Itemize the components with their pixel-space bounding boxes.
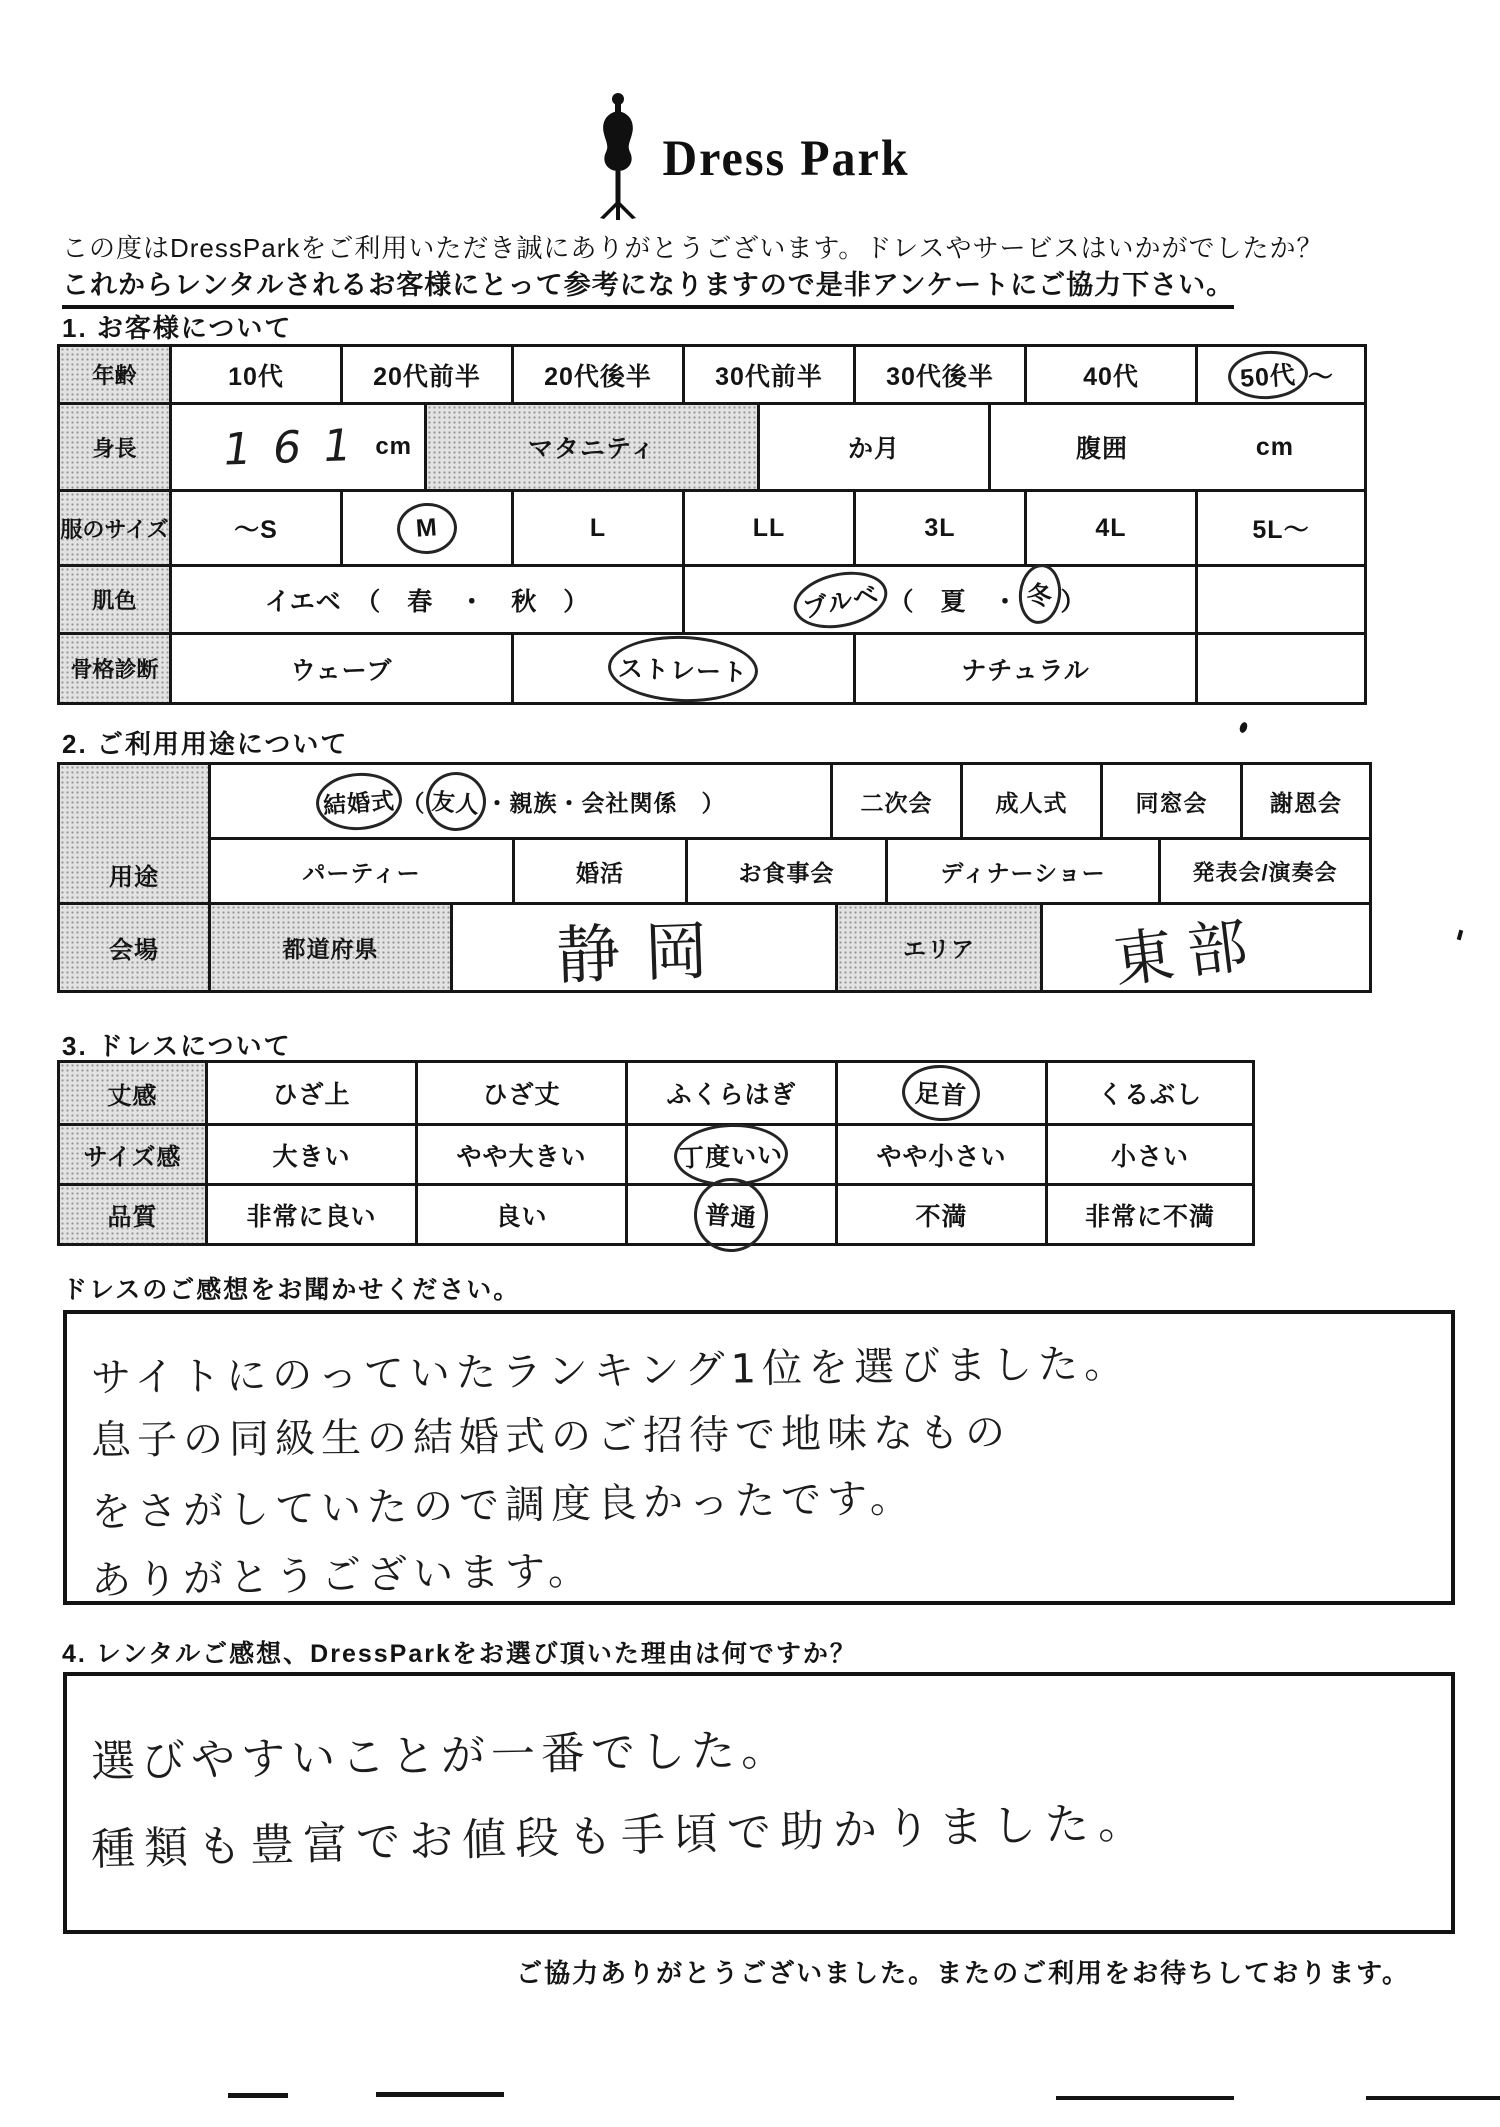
purpose-header: 用途 [60, 765, 211, 902]
dress-form-icon [590, 92, 646, 225]
dress-table: 丈感 ひざ上 ひざ丈 ふくらはぎ 足首 くるぶし サイズ感 大きい やや大きい … [57, 1060, 1255, 1246]
age-option: 40代 [1027, 347, 1198, 402]
skin-row-header: 肌色 [60, 567, 172, 632]
age-option-selected: 50代～ [1198, 347, 1364, 402]
scan-artifact [1056, 2096, 1234, 2100]
intro-line-2: これからレンタルされるお客様にとって参考になりますので是非アンケートにご協力下さ… [62, 263, 1234, 309]
fit-row: サイズ感 大きい やや大きい 丁度いい やや小さい 小さい [60, 1126, 1252, 1186]
length-row-header: 丈感 [60, 1063, 208, 1123]
handwritten-prefecture: 静岡 [554, 898, 733, 996]
height-value-cell: 161 cm [172, 405, 427, 489]
waist-label: 腹囲 [1076, 429, 1128, 465]
purpose-option: 発表会/演奏会 [1161, 840, 1369, 902]
months-cell: か月 [760, 405, 991, 489]
length-option: ひざ丈 [418, 1063, 628, 1123]
feedback-box: サイトにのっていたランキング1位を選びました。 息子の同級生の結婚式のご招待で地… [63, 1310, 1455, 1605]
quality-option: 良い [418, 1186, 628, 1243]
area-label: エリア [838, 905, 1043, 990]
venue-header: 会場 [60, 905, 211, 990]
footer-thanks: ご協力ありがとうございました。またのご利用をお待ちしております。 [516, 1953, 1410, 1990]
paren-open: （ [402, 785, 426, 818]
scan-artifact [376, 2092, 504, 2097]
length-option: ひざ上 [208, 1063, 418, 1123]
maternity-cell: マタニティ [427, 405, 760, 489]
age-option-label: 50代 [1239, 361, 1297, 393]
height-row-header: 身長 [60, 405, 172, 489]
circle-annotation: 普通 [692, 1175, 771, 1254]
purpose-option: 婚活 [515, 840, 688, 902]
size-option: L [514, 492, 685, 564]
size-option: LL [685, 492, 856, 564]
size-row: 服のサイズ ～S M L LL 3L 4L 5L～ [60, 492, 1364, 567]
circle-annotation: 結婚式 [314, 770, 404, 833]
size-row-header: 服のサイズ [60, 492, 172, 564]
frame-option: ナチュラル [856, 635, 1198, 702]
frame-option-label: ストレート [618, 654, 749, 687]
purpose-option: パーティー [211, 840, 515, 902]
skin-option-yellow: イエベ （ 春 ・ 秋 ） [172, 567, 685, 632]
fit-option: 小さい [1048, 1126, 1252, 1183]
frame-row-header: 骨格診断 [60, 635, 172, 702]
quality-option: 非常に不満 [1048, 1186, 1252, 1243]
fit-option: やや大きい [418, 1126, 628, 1183]
area-value-cell: 東部 [1043, 905, 1369, 990]
size-option-selected: M [343, 492, 514, 564]
size-option: 3L [856, 492, 1027, 564]
scan-artifact [1238, 721, 1248, 734]
skin-paren-close: ） [1061, 582, 1087, 618]
purpose-block: 用途 結婚式（友人・親族・会社関係 ） 二次会 成人式 同窓会 謝恩会 パーティ… [60, 765, 1369, 905]
purpose-option: ディナーショー [888, 840, 1161, 902]
brand-logo: Dress Park [0, 92, 1500, 225]
age-option: 30代後半 [856, 347, 1027, 402]
circle-annotation: 足首 [901, 1063, 982, 1123]
size-option: ～S [172, 492, 343, 564]
purpose-option: 同窓会 [1103, 765, 1243, 837]
empty-cell [1198, 635, 1364, 702]
quality-option-selected: 普通 [628, 1186, 838, 1243]
venue-row: 会場 都道府県 静岡 エリア 東部 [60, 905, 1369, 990]
height-unit: cm [375, 433, 412, 461]
section4-heading: 4. レンタルご感想、DressParkをお選び頂いた理由は何ですか？ [62, 1634, 857, 1670]
fit-option-label: 丁度いい [679, 1141, 784, 1173]
quality-option: 不満 [838, 1186, 1048, 1243]
empty-cell [1198, 567, 1364, 632]
purpose-row-1: 結婚式（友人・親族・会社関係 ） 二次会 成人式 同窓会 謝恩会 [211, 765, 1369, 840]
age-row: 年齢 10代 20代前半 20代後半 30代前半 30代後半 40代 50代～ [60, 347, 1364, 405]
size-option: 5L～ [1198, 492, 1364, 564]
age-option: 20代前半 [343, 347, 514, 402]
fit-option: 大きい [208, 1126, 418, 1183]
waist-cell: 腹囲 cm [991, 405, 1364, 489]
fit-row-header: サイズ感 [60, 1126, 208, 1183]
feedback-prompt: ドレスのご感想をお聞かせください。 [62, 1270, 520, 1306]
frame-row: 骨格診断 ウェーブ ストレート ナチュラル [60, 635, 1364, 702]
quality-option: 非常に良い [208, 1186, 418, 1243]
quality-option-label: 普通 [704, 1201, 758, 1233]
fit-option-selected: 丁度いい [628, 1126, 838, 1183]
size-option: 4L [1027, 492, 1198, 564]
wedding-label: 結婚式 [322, 787, 396, 818]
age-option-suffix: ～ [1308, 357, 1334, 393]
reason-box: 選びやすいことが一番でした。 種類も豊富でお値段も手頃で助かりました。 [63, 1672, 1455, 1934]
circle-annotation: ストレート [607, 633, 759, 704]
size-option-label: M [415, 513, 439, 542]
scan-artifact [1366, 2096, 1500, 2100]
handwritten-height: 161 [219, 419, 376, 476]
purpose-option: 二次会 [833, 765, 963, 837]
waist-unit: cm [1256, 433, 1294, 462]
fit-option: やや小さい [838, 1126, 1048, 1183]
brand-name: Dress Park [662, 130, 909, 188]
frame-option: ウェーブ [172, 635, 514, 702]
circle-annotation: 友人 [423, 769, 488, 833]
circle-annotation: 50代 [1227, 348, 1310, 401]
quality-row: 品質 非常に良い 良い 普通 不満 非常に不満 [60, 1186, 1252, 1243]
skin-row: 肌色 イエベ （ 春 ・ 秋 ） ブルベ（ 夏 ・冬） [60, 567, 1364, 635]
scanned-survey-form: Dress Park この度はDressParkをご利用いただき誠にありがとうご… [0, 0, 1500, 2127]
section1-heading: 1. お客様について [62, 308, 292, 345]
section3-heading: 3. ドレスについて [62, 1026, 292, 1063]
customer-table: 年齢 10代 20代前半 20代後半 30代前半 30代後半 40代 50代～ … [57, 344, 1367, 705]
friend-label: 友人 [430, 787, 480, 817]
prefecture-value-cell: 静岡 [453, 905, 838, 990]
skin-winter-label: 冬 [1025, 580, 1054, 611]
purpose-option: 成人式 [963, 765, 1103, 837]
length-option-selected: 足首 [838, 1063, 1048, 1123]
circle-annotation: 冬 [1015, 561, 1063, 625]
height-row: 身長 161 cm マタニティ か月 腹囲 cm [60, 405, 1364, 492]
skin-option-blue-selected: ブルベ（ 夏 ・冬） [685, 567, 1198, 632]
quality-row-header: 品質 [60, 1186, 208, 1243]
age-option: 20代後半 [514, 347, 685, 402]
usage-table: 用途 結婚式（友人・親族・会社関係 ） 二次会 成人式 同窓会 謝恩会 パーティ… [57, 762, 1372, 993]
prefecture-label: 都道府県 [211, 905, 453, 990]
age-option: 30代前半 [685, 347, 856, 402]
purpose-option: お食事会 [688, 840, 888, 902]
circle-annotation: M [395, 500, 458, 555]
skin-blue-label: ブルベ [801, 580, 882, 623]
intro-line-1: この度はDressParkをご利用いただき誠にありがとうございます。ドレスやサー… [62, 228, 1324, 265]
length-row: 丈感 ひざ上 ひざ丈 ふくらはぎ 足首 くるぶし [60, 1063, 1252, 1126]
purpose-option: 謝恩会 [1243, 765, 1369, 837]
length-option: くるぶし [1048, 1063, 1252, 1123]
purpose-row-2: パーティー 婚活 お食事会 ディナーショー 発表会/演奏会 [211, 840, 1369, 902]
scan-artifact [228, 2093, 288, 2098]
handwritten-area: 東部 [1108, 896, 1265, 999]
scan-artifact [1457, 930, 1463, 941]
age-row-header: 年齢 [60, 347, 172, 402]
length-option-label: 足首 [915, 1080, 968, 1111]
skin-paren: （ 夏 ・ [888, 582, 1018, 618]
frame-option-selected: ストレート [514, 635, 856, 702]
age-option: 10代 [172, 347, 343, 402]
purpose-option-wedding: 結婚式（友人・親族・会社関係 ） [211, 765, 833, 837]
relation-list: ・親族・会社関係 ） [486, 785, 726, 818]
length-option: ふくらはぎ [628, 1063, 838, 1123]
circle-annotation: ブルベ [789, 563, 893, 636]
section2-heading: 2. ご利用用途について [62, 724, 348, 761]
